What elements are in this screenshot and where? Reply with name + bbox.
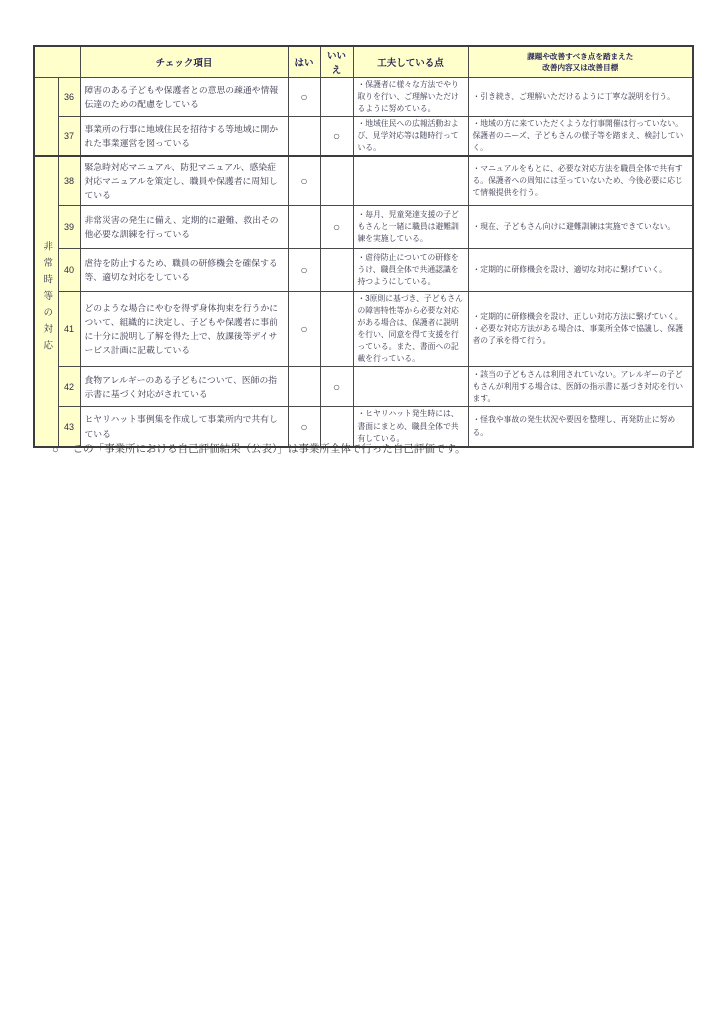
yes-mark-cell [288, 117, 320, 157]
kaizen-cell: ・地域の方に来ていただくような行事開催は行っていない。保護者のニーズ、子どもさん… [468, 117, 693, 157]
kufuu-cell [353, 367, 468, 407]
kaizen-cell: ・現在、子どもさん向けに避難訓練は実施できていない。 [468, 205, 693, 248]
no-mark-cell: ○ [320, 367, 353, 407]
kufuu-cell: ・保護者に様々な方法でやり取りを行い、ご理解いただけるように努めている。 [353, 78, 468, 117]
group-cell-emergency: 非常時等の対応 [34, 156, 58, 446]
header-kaizen: 課題や改善すべき点を踏まえた 改善内容又は改善目標 [468, 46, 693, 78]
row-number: 38 [58, 156, 80, 205]
check-item-cell: 虐待を防止するため、職員の研修機会を確保する等、適切な対応をしている [80, 248, 288, 291]
yes-mark-cell [288, 367, 320, 407]
kufuu-cell: ・3原則に基づき、子どもさんの障害特性等から必要な対応がある場合は、保護者に説明… [353, 291, 468, 366]
no-mark-cell [320, 291, 353, 366]
no-mark-cell [320, 78, 353, 117]
no-mark-cell: ○ [320, 117, 353, 157]
kufuu-cell: ・ヒヤリハット発生時には、書面にまとめ、職員全体で共有している。 [353, 407, 468, 447]
row-number: 37 [58, 117, 80, 157]
kaizen-cell: ・定期的に研修機会を設け、正しい対応方法に繋げていく。 ・必要な対応方法がある場… [468, 291, 693, 366]
evaluation-sheet-page: チェック項目 はい いいえ 工夫している点 課題や改善すべき点を踏まえた 改善内… [0, 0, 724, 1024]
yes-mark-cell [288, 205, 320, 248]
header-no: いいえ [320, 46, 353, 78]
kaizen-cell: ・マニュアルをもとに、必要な対応方法を職員全体で共有する。保護者への周知には至っ… [468, 156, 693, 205]
table-row: 41 どのような場合にやむを得ず身体拘束を行うかについて、組織的に決定し、子ども… [34, 291, 693, 366]
table-header-row: チェック項目 はい いいえ 工夫している点 課題や改善すべき点を踏まえた 改善内… [34, 46, 693, 78]
yes-mark-cell: ○ [288, 291, 320, 366]
row-number: 43 [58, 407, 80, 447]
kaizen-cell: ・引き続き、ご理解いただけるように丁寧な説明を行う。 [468, 78, 693, 117]
check-item-cell: 緊急時対応マニュアル、防犯マニュアル、感染症対応マニュアルを策定し、職員や保護者… [80, 156, 288, 205]
no-mark-cell [320, 248, 353, 291]
table-row: 40 虐待を防止するため、職員の研修機会を確保する等、適切な対応をしている ○ … [34, 248, 693, 291]
footnote-text: この「事業所における自己評価結果（公表）」は事業所全体で行った自己評価です。 [73, 443, 466, 457]
yes-mark-cell: ○ [288, 78, 320, 117]
yes-mark-cell: ○ [288, 407, 320, 447]
kufuu-cell: ・毎月、児童発達支援の子どもさんと一緒に職員は避難訓練を実施している。 [353, 205, 468, 248]
kaizen-cell: ・定期的に研修機会を設け、適切な対応に繋げていく。 [468, 248, 693, 291]
check-item-cell: 事業所の行事に地域住民を招待する等地域に開かれた事業運営を図っている [80, 117, 288, 157]
header-kufuu: 工夫している点 [353, 46, 468, 78]
no-mark-cell: ○ [320, 205, 353, 248]
no-mark-cell [320, 156, 353, 205]
row-number: 36 [58, 78, 80, 117]
check-item-cell: 食物アレルギーのある子どもについて、医師の指示書に基づく対応がされている [80, 367, 288, 407]
table-row: 37 事業所の行事に地域住民を招待する等地域に開かれた事業運営を図っている ○ … [34, 117, 693, 157]
footnote: ○ この「事業所における自己評価結果（公表）」は事業所全体で行った自己評価です。 [52, 443, 466, 457]
check-item-cell: 非常災害の発生に備え、定期的に避難、救出その他必要な訓練を行っている [80, 205, 288, 248]
table-row: 43 ヒヤリハット事例集を作成して事業所内で共有している ○ ・ヒヤリハット発生… [34, 407, 693, 447]
check-item-cell: どのような場合にやむを得ず身体拘束を行うかについて、組織的に決定し、子どもや保護… [80, 291, 288, 366]
header-yes: はい [288, 46, 320, 78]
row-number: 42 [58, 367, 80, 407]
kufuu-cell: ・虐待防止についての研修をうけ、職員全体で共通認識を持つようにしている。 [353, 248, 468, 291]
table-row: 39 非常災害の発生に備え、定期的に避難、救出その他必要な訓練を行っている ○ … [34, 205, 693, 248]
check-item-cell: 障害のある子どもや保護者との意思の疎通や情報伝達のための配慮をしている [80, 78, 288, 117]
yes-mark-cell: ○ [288, 248, 320, 291]
row-number: 39 [58, 205, 80, 248]
yes-mark-cell: ○ [288, 156, 320, 205]
header-check-item: チェック項目 [80, 46, 288, 78]
group-cell-upper [34, 78, 58, 157]
check-item-cell: ヒヤリハット事例集を作成して事業所内で共有している [80, 407, 288, 447]
table-row: 36 障害のある子どもや保護者との意思の疎通や情報伝達のための配慮をしている ○… [34, 78, 693, 117]
header-group-col [34, 46, 80, 78]
row-number: 41 [58, 291, 80, 366]
kufuu-cell [353, 156, 468, 205]
self-evaluation-table: チェック項目 はい いいえ 工夫している点 課題や改善すべき点を踏まえた 改善内… [33, 45, 694, 448]
kaizen-cell: ・怪我や事故の発生状況や要因を整理し、再発防止に努める。 [468, 407, 693, 447]
group-label-emergency: 非常時等の対応 [39, 241, 53, 357]
row-number: 40 [58, 248, 80, 291]
table-row: 42 食物アレルギーのある子どもについて、医師の指示書に基づく対応がされている … [34, 367, 693, 407]
table-row: 非常時等の対応 38 緊急時対応マニュアル、防犯マニュアル、感染症対応マニュアル… [34, 156, 693, 205]
kufuu-cell: ・地域住民への広報活動および、見学対応等は随時行っている。 [353, 117, 468, 157]
kaizen-cell: ・該当の子どもさんは利用されていない。アレルギーの子どもさんが利用する場合は、医… [468, 367, 693, 407]
no-mark-cell [320, 407, 353, 447]
circle-bullet-icon: ○ [52, 443, 59, 457]
